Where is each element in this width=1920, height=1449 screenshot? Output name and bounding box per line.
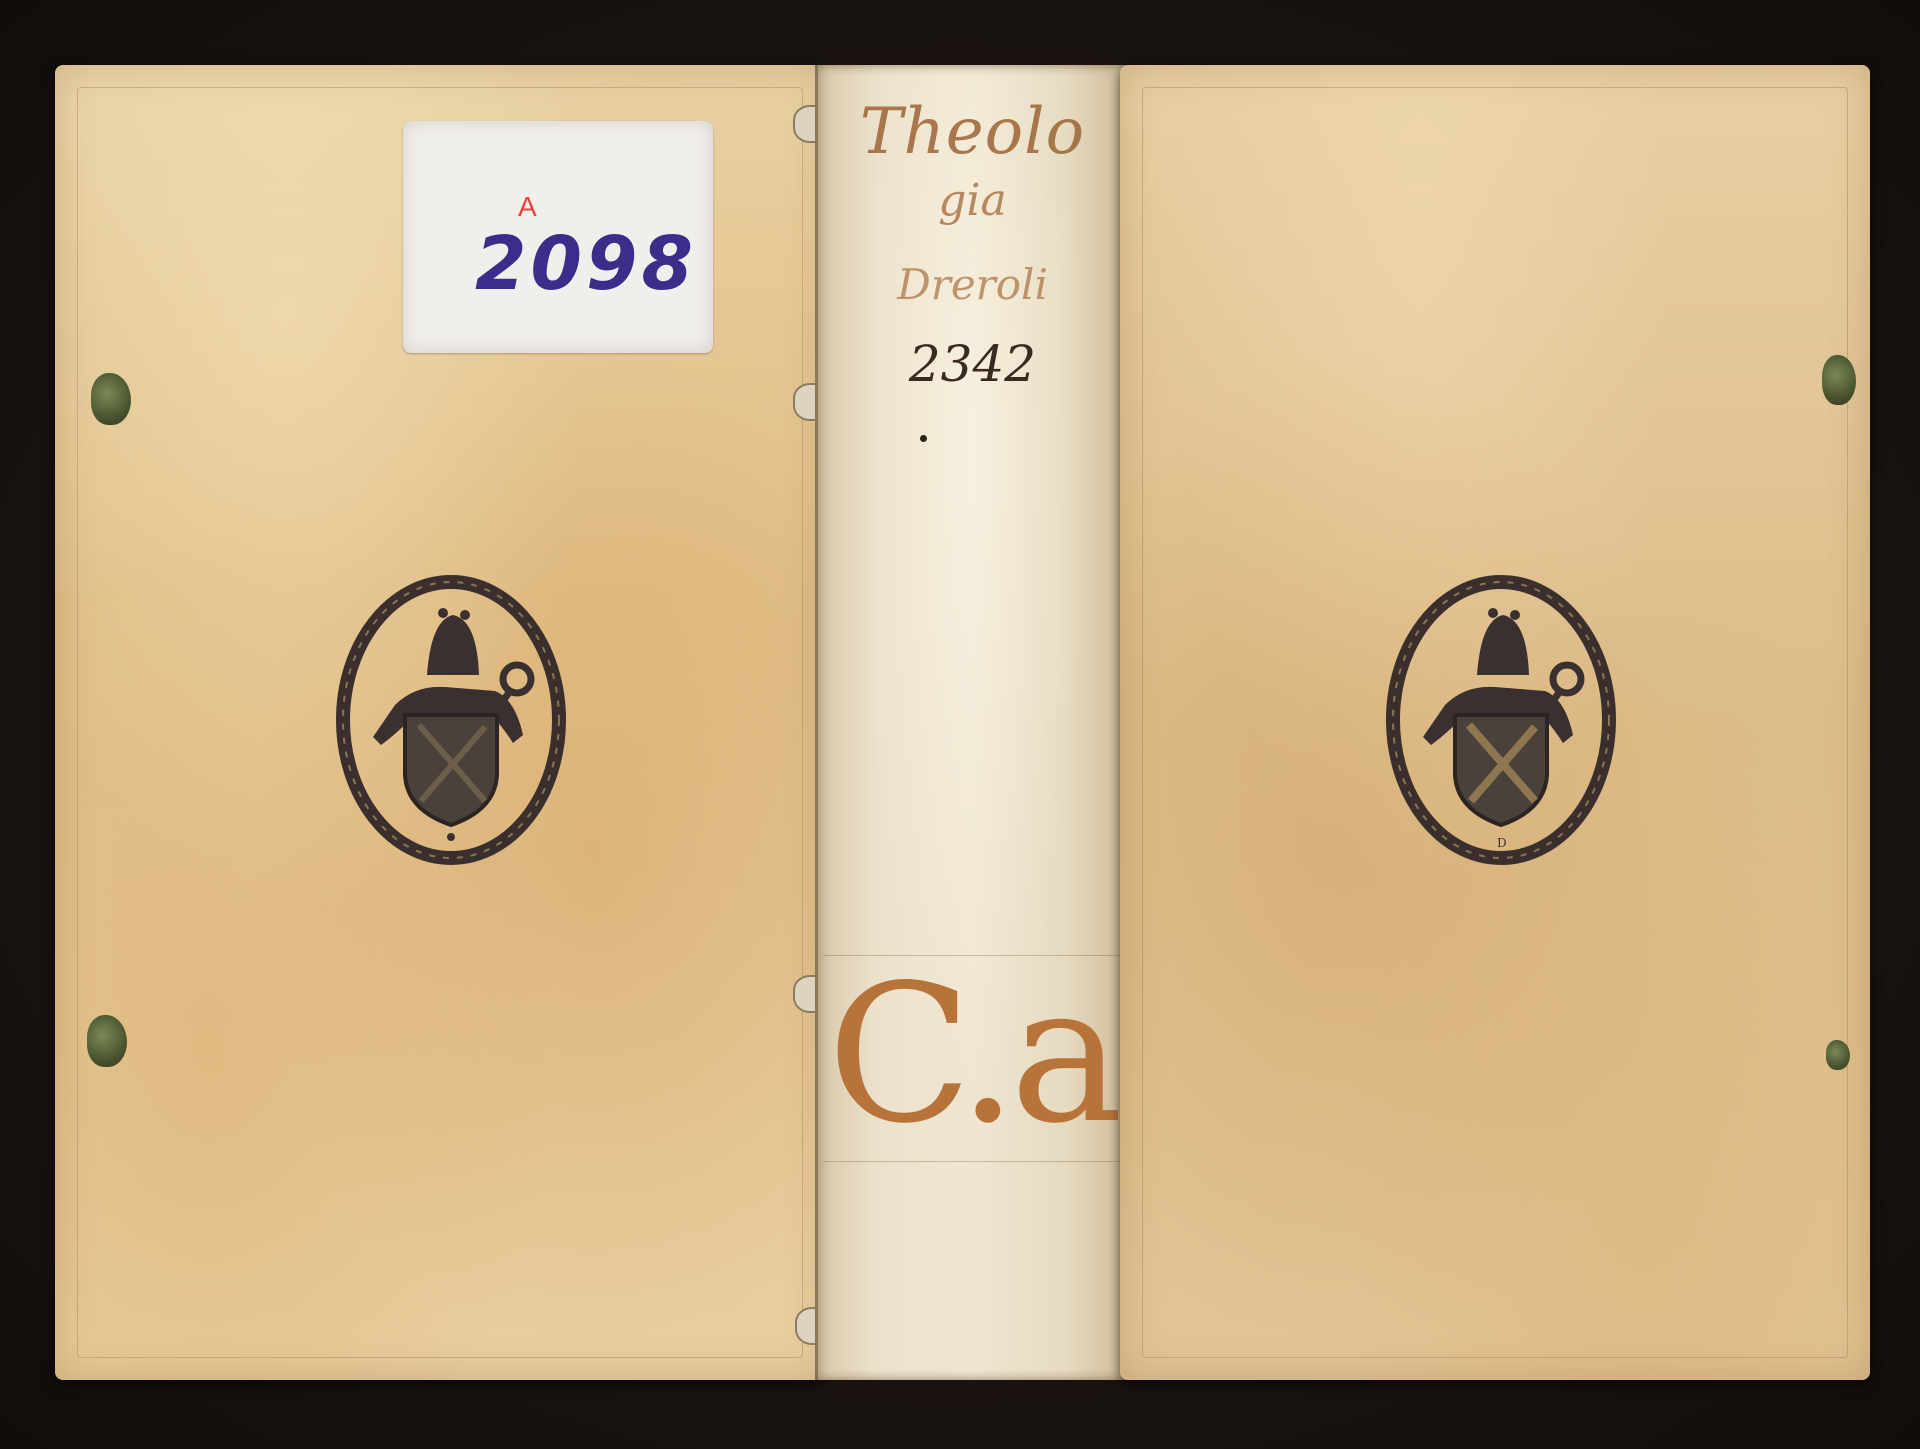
spine-title-line-3: Dreroli <box>815 260 1130 309</box>
book: A 2098 Theolo gia <box>55 65 1870 1380</box>
green-tie-remnant-top <box>91 373 131 425</box>
armorial-stamp-back: D <box>1385 575 1617 865</box>
armorial-stamp-front <box>335 575 567 865</box>
spine-title-line-2: gia <box>815 175 1130 226</box>
spine-shelf-number: 2342 <box>815 335 1130 393</box>
green-tie-remnant-top <box>1822 355 1856 405</box>
library-label: A 2098 <box>403 121 713 353</box>
front-cover-board: A 2098 <box>55 65 825 1380</box>
svg-text:D: D <box>1497 836 1507 850</box>
spine: Theolo gia Dreroli 2342 C.aIIII <box>815 65 1130 1380</box>
spine-title-line-1: Theolo <box>815 95 1130 169</box>
coat-of-arms-icon: D <box>1385 575 1617 865</box>
wormhole-mark <box>920 435 927 442</box>
coat-of-arms-icon <box>335 575 567 865</box>
label-prefix: A <box>518 191 537 223</box>
label-number: 2098 <box>475 221 697 307</box>
back-cover-board: D <box>1120 65 1870 1380</box>
green-tie-remnant-bottom <box>1826 1040 1850 1070</box>
green-tie-remnant-bottom <box>87 1015 127 1067</box>
